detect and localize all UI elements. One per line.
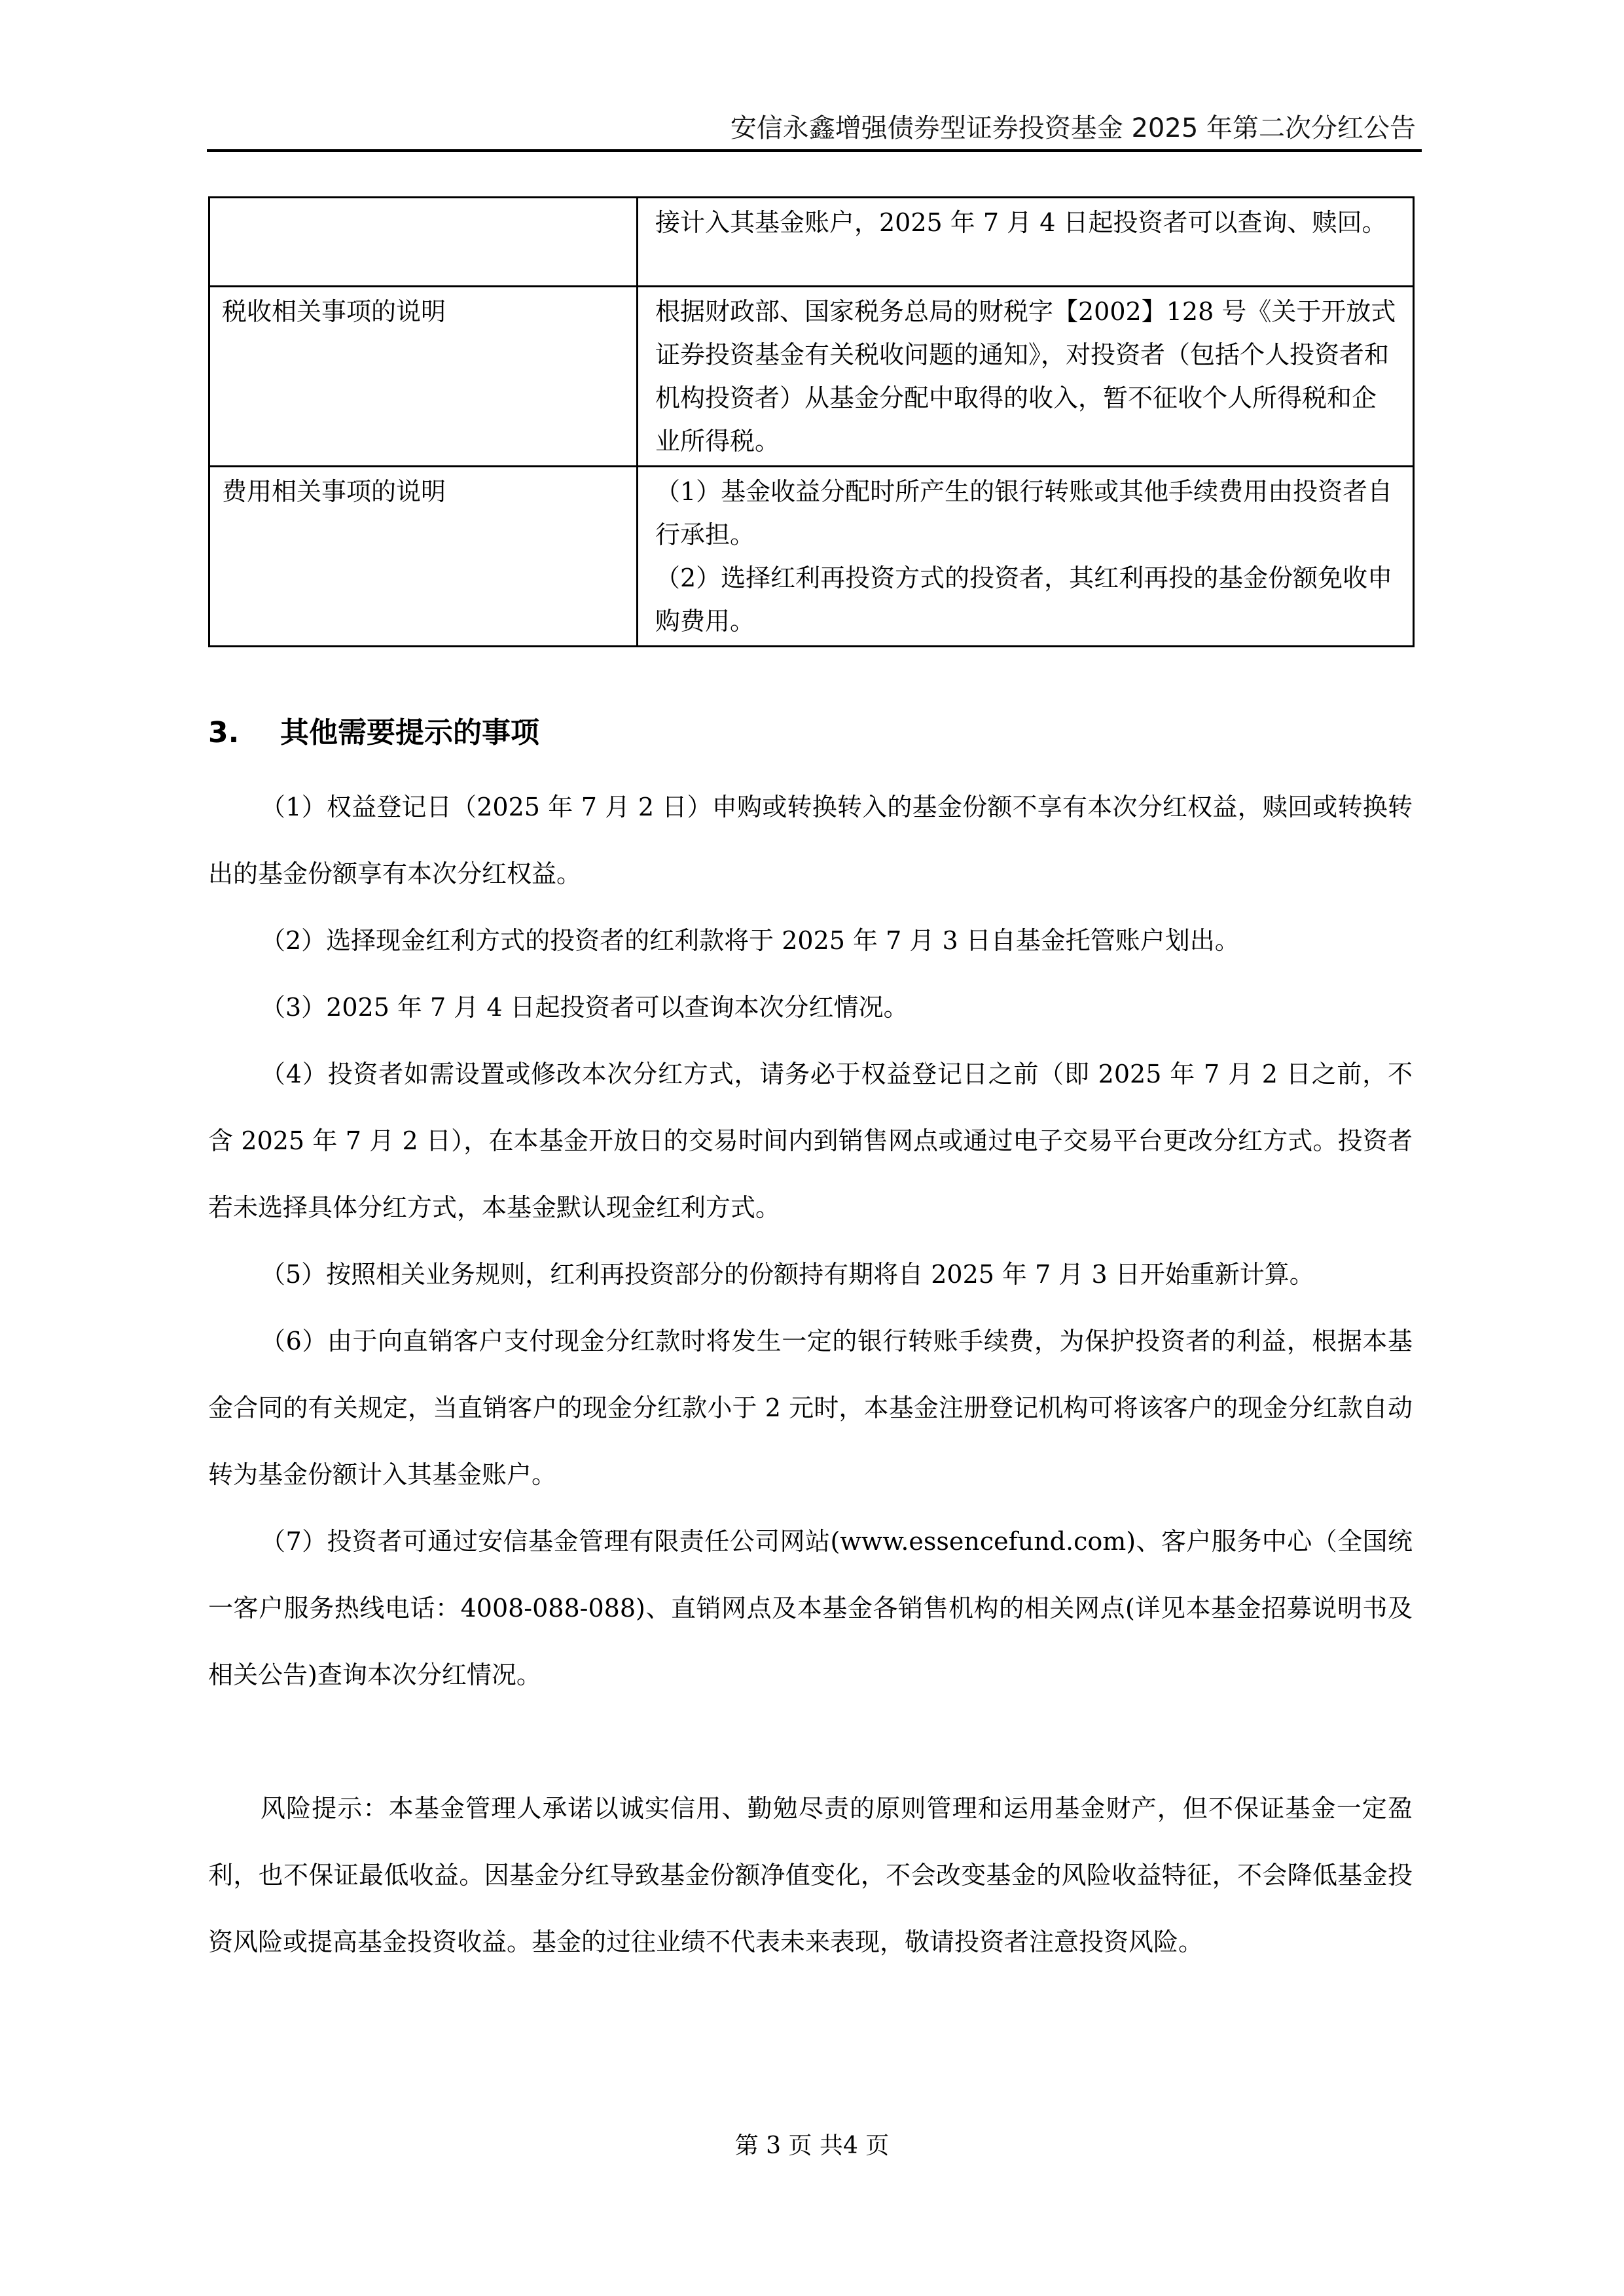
section-body: （1）权益登记日（2025 年 7 月 2 日）申购或转换转入的基金份额不享有本… — [208, 774, 1413, 1975]
table-row: 费用相关事项的说明 （1）基金收益分配时所产生的银行转账或其他手续费用由投资者自… — [209, 467, 1414, 647]
table-cell-label — [209, 198, 638, 287]
section-title: 其他需要提示的事项 — [280, 716, 539, 749]
notice-item: （4）投资者如需设置或修改本次分红方式，请务必于权益登记日之前（即 2025 年… — [208, 1041, 1413, 1241]
section-number: 3. — [208, 713, 280, 753]
notice-item: （5）按照相关业务规则，红利再投资部分的份额持有期将自 2025 年 7 月 3… — [208, 1241, 1413, 1308]
notice-item: （3）2025 年 7 月 4 日起投资者可以查询本次分红情况。 — [208, 974, 1413, 1041]
notice-item: （1）权益登记日（2025 年 7 月 2 日）申购或转换转入的基金份额不享有本… — [208, 774, 1413, 907]
risk-notice: 风险提示：本基金管理人承诺以诚实信用、勤勉尽责的原则管理和运用基金财产，但不保证… — [208, 1775, 1413, 1975]
table-cell-label: 税收相关事项的说明 — [209, 287, 638, 467]
cell-text: 接计入其基金账户，2025 年 7 月 4 日起投资者可以查询、赎回。 — [655, 201, 1399, 244]
document-header-title: 安信永鑫增强债券型证券投资基金 2025 年第二次分红公告 — [731, 111, 1416, 145]
cell-text: （2）选择红利再投资方式的投资者，其红利再投的基金份额免收申购费用。 — [655, 556, 1399, 643]
dividend-info-table: 接计入其基金账户，2025 年 7 月 4 日起投资者可以查询、赎回。 税收相关… — [208, 196, 1415, 647]
table-cell-label: 费用相关事项的说明 — [209, 467, 638, 647]
table-row: 接计入其基金账户，2025 年 7 月 4 日起投资者可以查询、赎回。 — [209, 198, 1414, 287]
cell-text: 根据财政部、国家税务总局的财税字【2002】128 号《关于开放式证券投资基金有… — [655, 290, 1399, 463]
table-cell-value: 根据财政部、国家税务总局的财税字【2002】128 号《关于开放式证券投资基金有… — [638, 287, 1414, 467]
cell-text: （1）基金收益分配时所产生的银行转账或其他手续费用由投资者自行承担。 — [655, 470, 1399, 556]
notice-item: （6）由于向直销客户支付现金分红款时将发生一定的银行转账手续费，为保护投资者的利… — [208, 1308, 1413, 1508]
table-row: 税收相关事项的说明 根据财政部、国家税务总局的财税字【2002】128 号《关于… — [209, 287, 1414, 467]
table-cell-value: 接计入其基金账户，2025 年 7 月 4 日起投资者可以查询、赎回。 — [638, 198, 1414, 287]
table-cell-value: （1）基金收益分配时所产生的银行转账或其他手续费用由投资者自行承担。 （2）选择… — [638, 467, 1414, 647]
notice-item: （2）选择现金红利方式的投资者的红利款将于 2025 年 7 月 3 日自基金托… — [208, 907, 1413, 974]
header-divider — [207, 149, 1422, 152]
notice-item: （7）投资者可通过安信基金管理有限责任公司网站(www.essencefund.… — [208, 1508, 1413, 1708]
page-number-footer: 第 3 页 共4 页 — [0, 2130, 1624, 2162]
section-heading: 3.其他需要提示的事项 — [208, 713, 539, 753]
